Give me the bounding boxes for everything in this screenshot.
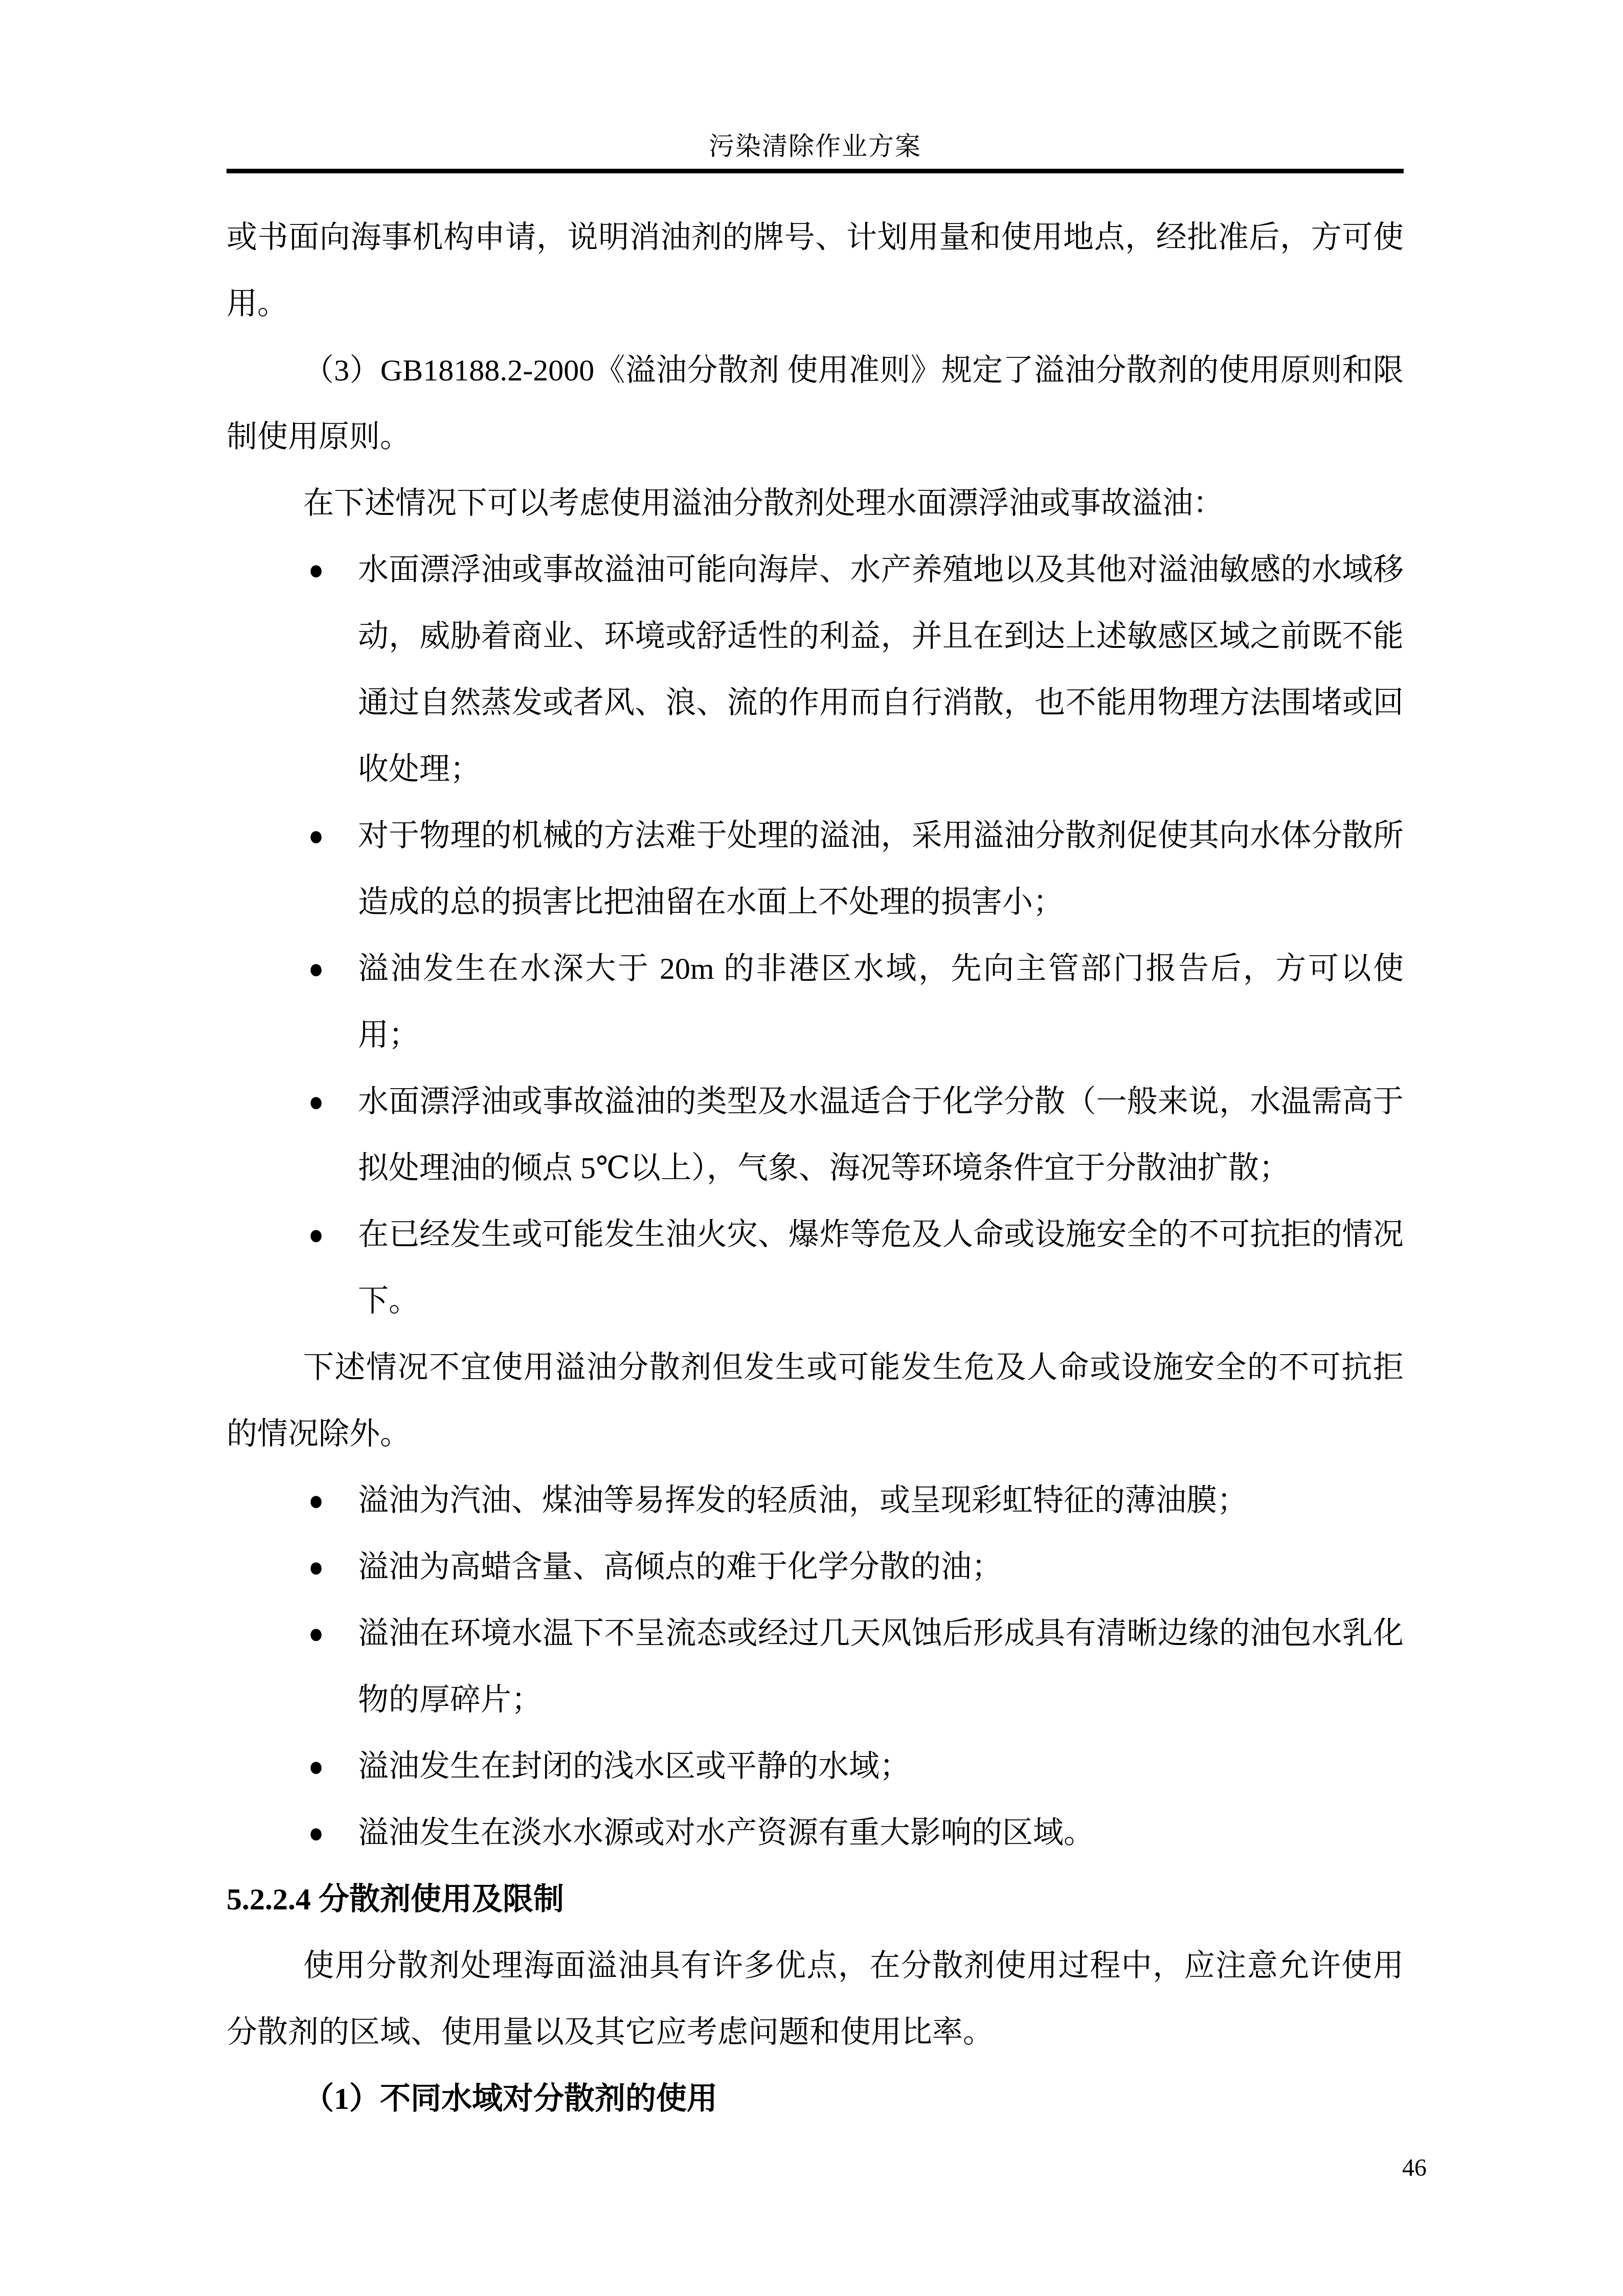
bullet-icon: ● bbox=[308, 1729, 324, 1804]
list-item-text: 水面漂浮油或事故溢油的类型及水温适合于化学分散（一般来说，水温需高于拟处理油的倾… bbox=[358, 1085, 1404, 1185]
list-item-text: 溢油发生在水深大于 20m 的非港区水域，先向主管部门报告后，方可以使用； bbox=[358, 952, 1404, 1052]
page-header: 污染清除作业方案 bbox=[227, 132, 1404, 173]
bullet-list-use-conditions: ● 水面漂浮油或事故溢油可能向海岸、水产养殖地以及其他对溢油敏感的水域移动，威胁… bbox=[227, 536, 1404, 1334]
list-item-text: 溢油在环境水温下不呈流态或经过几天风蚀后形成具有清晰边缘的油包水乳化物的厚碎片； bbox=[358, 1616, 1404, 1717]
list-item: ● 溢油发生在封闭的浅水区或平静的水域； bbox=[227, 1733, 1404, 1799]
document-page: 污染清除作业方案 或书面向海事机构申请，说明消油剂的牌号、计划用量和使用地点，经… bbox=[0, 0, 1623, 2296]
list-item-text: 溢油为汽油、煤油等易挥发的轻质油，或呈现彩虹特征的薄油膜； bbox=[358, 1483, 1248, 1517]
bullet-icon: ● bbox=[308, 798, 324, 873]
bullet-icon: ● bbox=[308, 1064, 324, 1139]
list-item-text: 对于物理的机械的方法难于处理的溢油，采用溢油分散剂促使其向水体分散所造成的总的损… bbox=[358, 819, 1404, 919]
list-item: ● 水面漂浮油或事故溢油的类型及水温适合于化学分散（一般来说，水温需高于拟处理油… bbox=[227, 1068, 1404, 1201]
list-item: ● 在已经发生或可能发生油火灾、爆炸等危及人命或设施安全的不可抗拒的情况下。 bbox=[227, 1201, 1404, 1334]
bullet-list-notuse-conditions: ● 溢油为汽油、煤油等易挥发的轻质油，或呈现彩虹特征的薄油膜； ● 溢油为高蜡含… bbox=[227, 1467, 1404, 1866]
bullet-icon: ● bbox=[308, 1463, 324, 1538]
list-item: ● 水面漂浮油或事故溢油可能向海岸、水产养殖地以及其他对溢油敏感的水域移动，威胁… bbox=[227, 536, 1404, 802]
bullet-icon: ● bbox=[308, 1596, 324, 1671]
list-item-text: 在已经发生或可能发生油火灾、爆炸等危及人命或设施安全的不可抗拒的情况下。 bbox=[358, 1218, 1404, 1318]
list-item: ● 溢油发生在淡水水源或对水产资源有重大影响的区域。 bbox=[227, 1799, 1404, 1866]
list-item: ● 溢油在环境水温下不呈流态或经过几天风蚀后形成具有清晰边缘的油包水乳化物的厚碎… bbox=[227, 1600, 1404, 1733]
list-item: ● 溢油发生在水深大于 20m 的非港区水域，先向主管部门报告后，方可以使用； bbox=[227, 935, 1404, 1068]
document-body: 或书面向海事机构申请，说明消油剂的牌号、计划用量和使用地点，经批准后，方可使用。… bbox=[227, 204, 1404, 2132]
header-title: 污染清除作业方案 bbox=[227, 132, 1404, 161]
bullet-icon: ● bbox=[308, 1197, 324, 1272]
paragraph-notuse-conditions: 下述情况不宜使用溢油分散剂但发生或可能发生危及人命或设施安全的不可抗拒的情况除外… bbox=[227, 1334, 1404, 1467]
list-item-text: 溢油为高蜡含量、高倾点的难于化学分散的油； bbox=[358, 1550, 1002, 1584]
list-item: ● 溢油为汽油、煤油等易挥发的轻质油，或呈现彩虹特征的薄油膜； bbox=[227, 1467, 1404, 1534]
paragraph-dispersant-advantages: 使用分散剂处理海面溢油具有许多优点，在分散剂使用过程中，应注意允许使用分散剂的区… bbox=[227, 1932, 1404, 2065]
list-item: ● 溢油为高蜡含量、高倾点的难于化学分散的油； bbox=[227, 1534, 1404, 1600]
paragraph-consider-conditions: 在下述情况下可以考虑使用溢油分散剂处理水面漂浮油或事故溢油： bbox=[227, 470, 1404, 536]
list-item-text: 溢油发生在淡水水源或对水产资源有重大影响的区域。 bbox=[358, 1816, 1094, 1850]
bullet-icon: ● bbox=[308, 1529, 324, 1604]
list-item-text: 溢油发生在封闭的浅水区或平静的水域； bbox=[358, 1749, 910, 1783]
bullet-icon: ● bbox=[308, 532, 324, 607]
header-rule bbox=[227, 169, 1404, 173]
paragraph-intro: 或书面向海事机构申请，说明消油剂的牌号、计划用量和使用地点，经批准后，方可使用。 bbox=[227, 204, 1404, 337]
section-heading-dispersant-use-limits: 5.2.2.4 分散剂使用及限制 bbox=[227, 1866, 1404, 1932]
paragraph-gb-standard: （3）GB18188.2-2000《溢油分散剂 使用准则》规定了溢油分散剂的使用… bbox=[227, 337, 1404, 470]
subheading-water-areas-dispersant-use: （1）不同水域对分散剂的使用 bbox=[227, 2065, 1404, 2132]
list-item: ● 对于物理的机械的方法难于处理的溢油，采用溢油分散剂促使其向水体分散所造成的总… bbox=[227, 802, 1404, 935]
bullet-icon: ● bbox=[308, 931, 324, 1006]
page-number: 46 bbox=[1402, 2154, 1427, 2182]
bullet-icon: ● bbox=[308, 1795, 324, 1870]
list-item-text: 水面漂浮油或事故溢油可能向海岸、水产养殖地以及其他对溢油敏感的水域移动，威胁着商… bbox=[358, 553, 1404, 786]
